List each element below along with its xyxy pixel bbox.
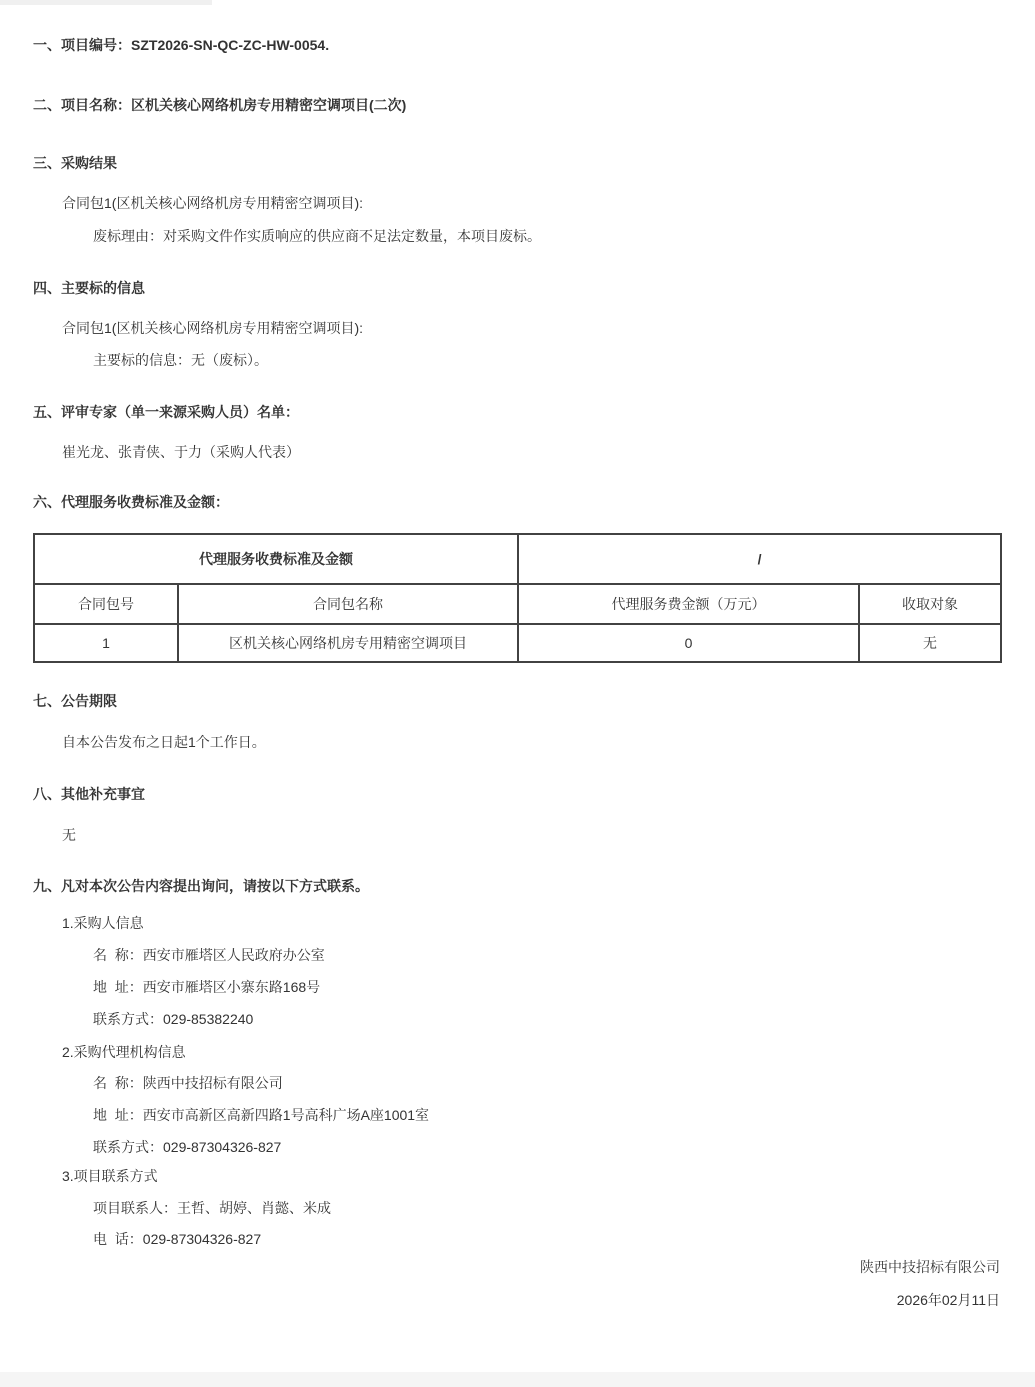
table-merged-header-row: 代理服务收费标准及金额 / xyxy=(34,534,1001,584)
signature-date: 2026年02月11日 xyxy=(33,1290,1000,1310)
section-agency-fee-title: 六、代理服务收费标准及金额： xyxy=(33,492,1000,512)
col-header-package-name: 合同包名称 xyxy=(178,584,518,624)
purchaser-contact-line: 联系方式：029-85382240 xyxy=(93,1009,1000,1029)
purchaser-address-line: 地 址：西安市雁塔区小寨东路168号 xyxy=(93,977,1000,997)
section-project-number: 一、项目编号：SZT2026-SN-QC-ZC-HW-0054. xyxy=(33,35,1000,55)
section-project-name: 二、项目名称：区机关核心网络机房专用精密空调项目(二次) xyxy=(33,95,1000,115)
agency-fee-table: 代理服务收费标准及金额 / 合同包号 合同包名称 代理服务费金额（万元） 收取对… xyxy=(33,533,1002,663)
top-edge-fragment xyxy=(0,0,212,5)
announcement-document: 一、项目编号：SZT2026-SN-QC-ZC-HW-0054. 二、项目名称：… xyxy=(0,35,1035,1310)
table-row: 1 区机关核心网络机房专用精密空调项目 0 无 xyxy=(34,624,1001,662)
agency-address-line: 地 址：西安市高新区高新四路1号高科广场A座1001室 xyxy=(93,1105,1000,1125)
section-procurement-result-title: 三、采购结果 xyxy=(33,153,1000,173)
cell-package-name: 区机关核心网络机房专用精密空调项目 xyxy=(178,624,518,662)
project-contacts-line: 项目联系人：王哲、胡婷、肖懿、米成 xyxy=(93,1198,1000,1218)
purchaser-info-heading: 1.采购人信息 xyxy=(62,913,1000,933)
other-matters-line: 无 xyxy=(62,825,1000,845)
announcement-period-line: 自本公告发布之日起1个工作日。 xyxy=(62,732,1000,752)
subject-detail-line: 主要标的信息：无（废标）。 xyxy=(93,350,1000,370)
col-header-fee-payer: 收取对象 xyxy=(859,584,1001,624)
agency-info-heading: 2.采购代理机构信息 xyxy=(62,1042,1000,1062)
project-contact-heading: 3.项目联系方式 xyxy=(62,1166,1000,1186)
result-package-line: 合同包1(区机关核心网络机房专用精密空调项目): xyxy=(62,193,1000,213)
table-column-header-row: 合同包号 合同包名称 代理服务费金额（万元） 收取对象 xyxy=(34,584,1001,624)
project-name-value: 区机关核心网络机房专用精密空调项目(二次) xyxy=(131,97,406,113)
experts-names-line: 崔光龙、张青侠、于力（采购人代表） xyxy=(62,442,1000,462)
section-other-matters-title: 八、其他补充事宜 xyxy=(33,784,1000,804)
project-name-label: 二、项目名称： xyxy=(33,97,131,113)
result-reason-line: 废标理由：对采购文件作实质响应的供应商不足法定数量，本项目废标。 xyxy=(93,226,1000,246)
project-number-value: SZT2026-SN-QC-ZC-HW-0054. xyxy=(131,37,329,53)
footer-bar xyxy=(0,1372,1035,1387)
section-experts-title: 五、评审专家（单一来源采购人员）名单： xyxy=(33,402,1000,422)
section-announcement-period-title: 七、公告期限 xyxy=(33,691,1000,711)
col-header-fee-amount: 代理服务费金额（万元） xyxy=(518,584,859,624)
col-header-package-no: 合同包号 xyxy=(34,584,178,624)
cell-fee-payer: 无 xyxy=(859,624,1001,662)
agency-contact-line: 联系方式：029-87304326-827 xyxy=(93,1137,1000,1157)
subject-package-line: 合同包1(区机关核心网络机房专用精密空调项目): xyxy=(62,318,1000,338)
cell-package-no: 1 xyxy=(34,624,178,662)
merged-header-left-cell: 代理服务收费标准及金额 xyxy=(34,534,518,584)
signature-company: 陕西中技招标有限公司 xyxy=(33,1257,1000,1277)
cell-fee-amount: 0 xyxy=(518,624,859,662)
project-number-label: 一、项目编号： xyxy=(33,37,131,53)
purchaser-name-line: 名 称：西安市雁塔区人民政府办公室 xyxy=(93,945,1000,965)
agency-name-line: 名 称：陕西中技招标有限公司 xyxy=(93,1073,1000,1093)
merged-header-right-cell: / xyxy=(518,534,1001,584)
section-contact-title: 九、凡对本次公告内容提出询问，请按以下方式联系。 xyxy=(33,876,1000,896)
project-phone-line: 电 话：029-87304326-827 xyxy=(93,1229,1000,1249)
section-main-subject-title: 四、主要标的信息 xyxy=(33,278,1000,298)
